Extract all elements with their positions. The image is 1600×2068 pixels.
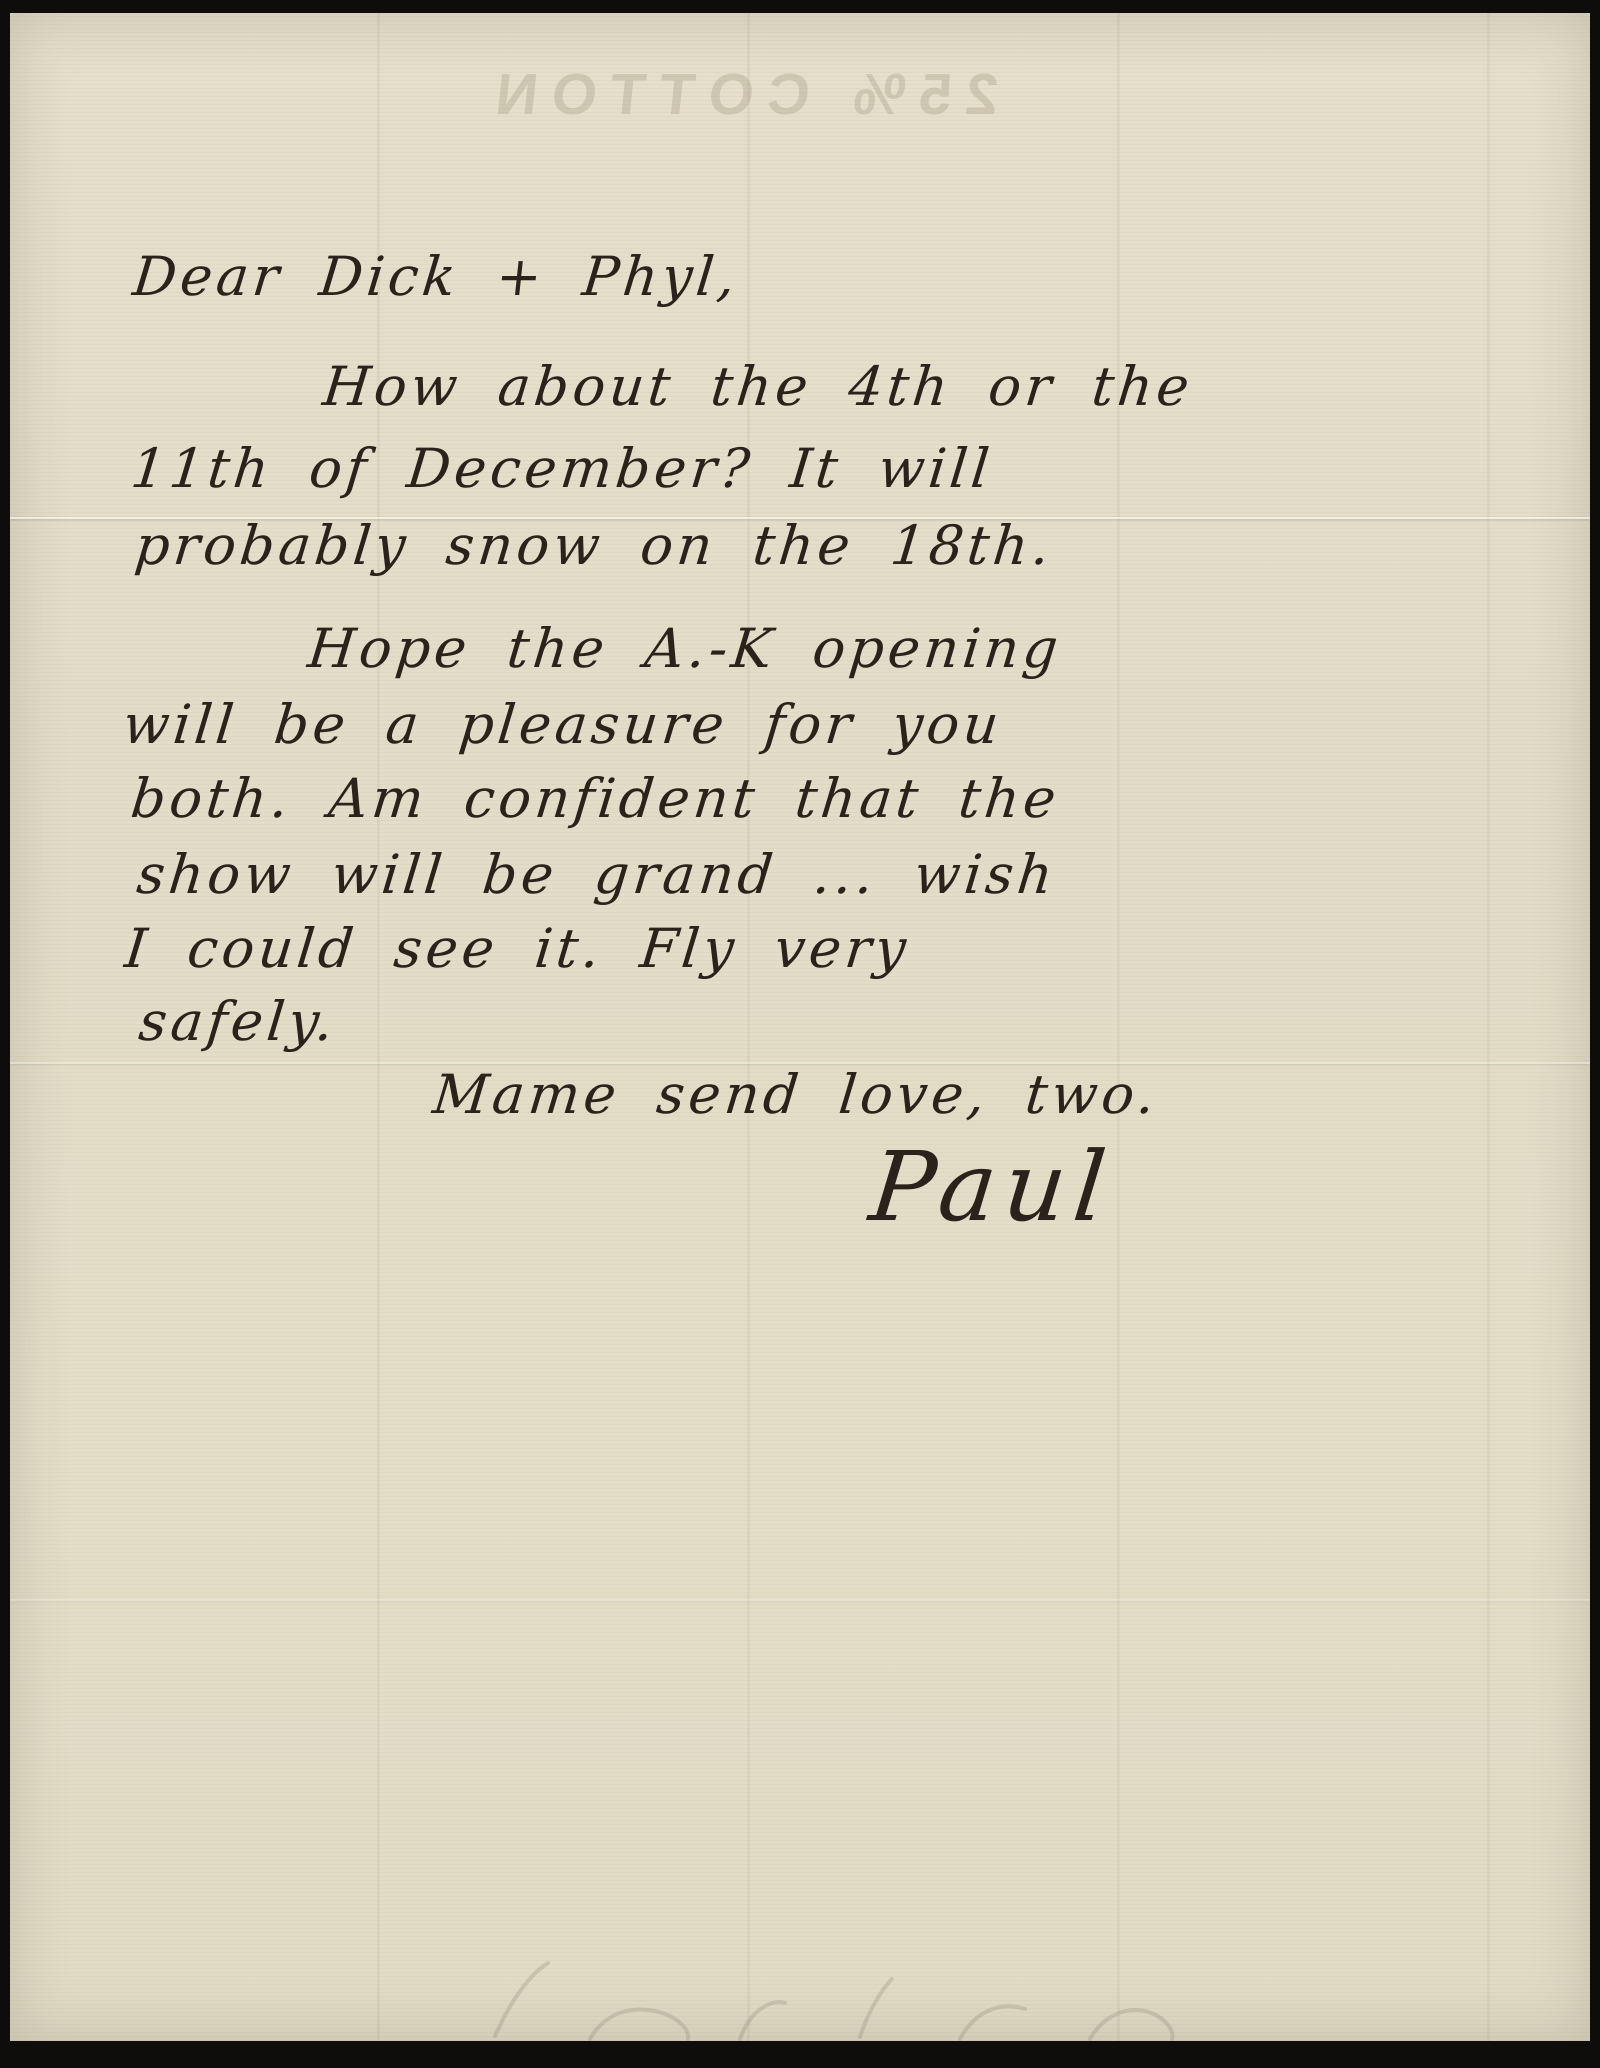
letter-line: probably snow on the 18th. (132, 514, 1057, 577)
letter-closing: Mame send love, two. (430, 1063, 1162, 1126)
letter-signature: Paul (865, 1131, 1119, 1243)
letter-line: How about the 4th or the (320, 355, 1196, 418)
letter-salutation: Dear Dick + Phyl, (130, 245, 742, 308)
paper-watermark-text: 25% COTTON (426, 61, 1053, 128)
photo-background: { "document": { "kind": "handwritten let… (0, 0, 1600, 2068)
letter-line: Hope the A.-K opening (305, 617, 1065, 680)
letter-line: I could see it. Fly very (122, 917, 913, 980)
letter-line: will be a pleasure for you (120, 693, 1006, 756)
letter-line: 11th of December? It will (128, 437, 996, 500)
letter-paper: 25% COTTON Dear Dick + Phyl, How about t… (10, 13, 1590, 2041)
letter-line: both. Am confident that the (128, 767, 1063, 830)
letter-line: show will be grand ... wish (134, 843, 1060, 906)
bleed-through-marks (440, 1951, 1200, 2041)
letter-line: safely. (136, 990, 340, 1053)
fold-crease-bottom (10, 1599, 1590, 1601)
